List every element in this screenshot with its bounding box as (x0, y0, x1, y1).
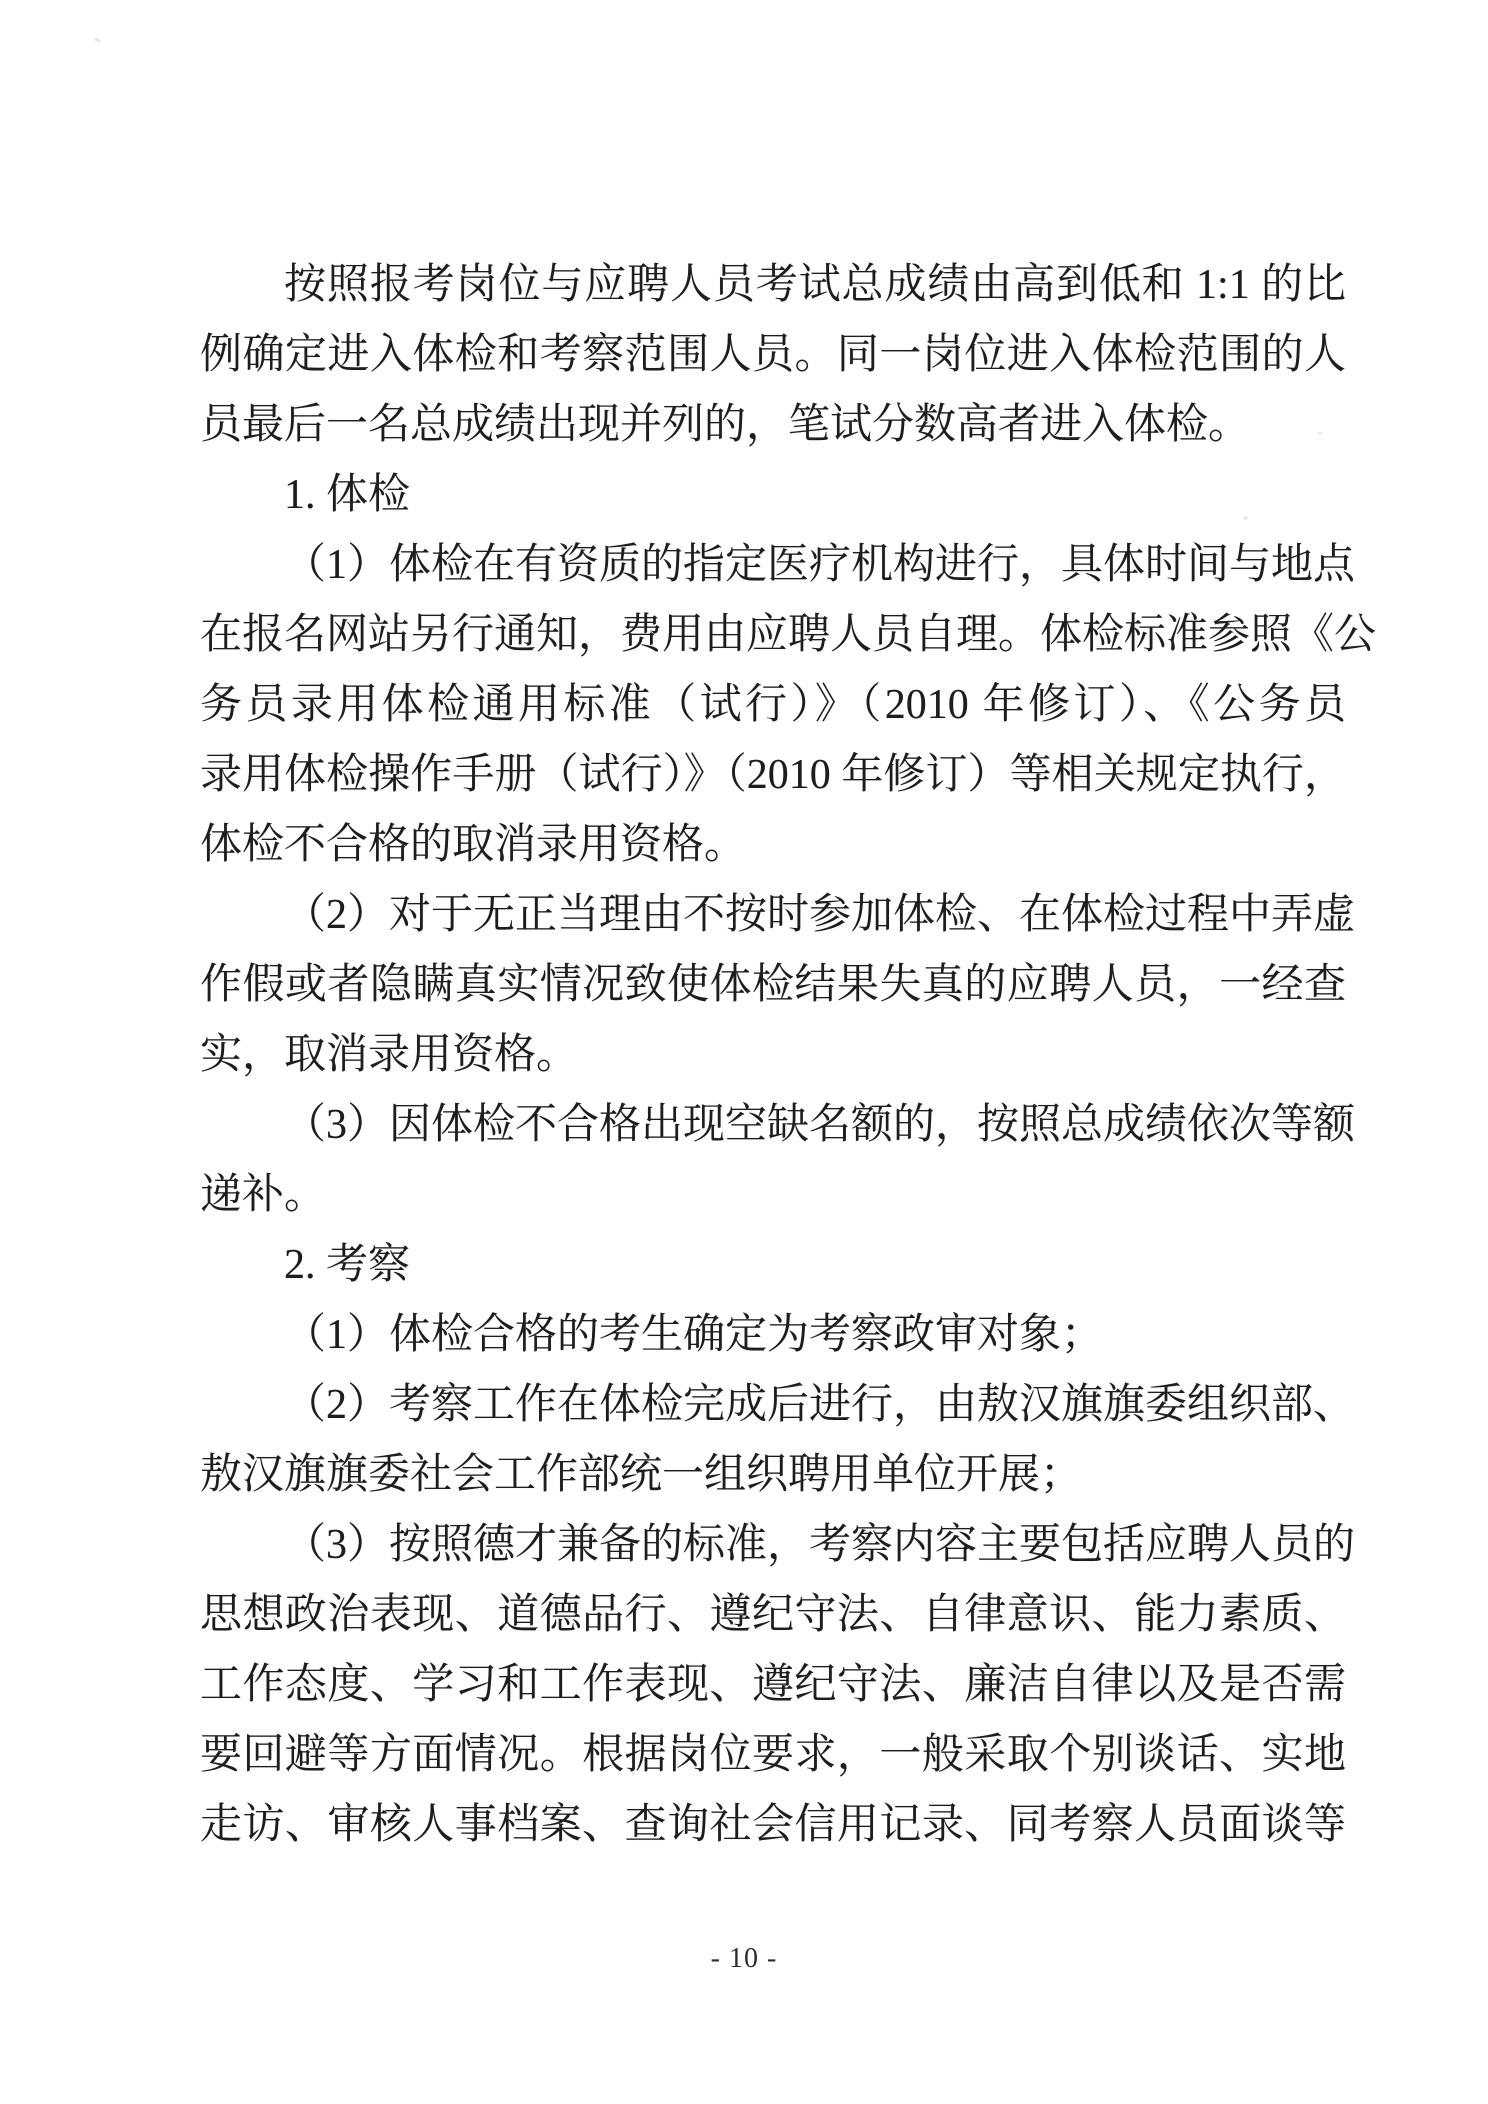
text-line: 在报名网站另行通知，费用由应聘人员自理。体检标准参照《公 (200, 600, 1346, 670)
body-text: 按照报考岗位与应聘人员考试总成绩由高到低和 1:1 的比 例确定进入体检和考察范… (200, 250, 1346, 1860)
page-number: - 10 - (0, 1942, 1488, 1976)
text-line: （1）体检在有资质的指定医疗机构进行，具体时间与地点 (200, 530, 1346, 600)
text-line: （2）对于无正当理由不按时参加体检、在体检过程中弄虚 (200, 880, 1346, 950)
text-line: （3）因体检不合格出现空缺名额的，按照总成绩依次等额 (200, 1090, 1346, 1160)
text-line: 递补。 (200, 1160, 1346, 1230)
scan-speck (1243, 516, 1248, 520)
section-heading: 1. 体检 (200, 460, 1346, 530)
text-line: 体检不合格的取消录用资格。 (200, 810, 1346, 880)
text-line: 例确定进入体检和考察范围人员。同一岗位进入体检范围的人 (200, 320, 1346, 390)
text-line: 要回避等方面情况。根据岗位要求，一般采取个别谈话、实地 (200, 1720, 1346, 1790)
text-line: （1）体检合格的考生确定为考察政审对象； (200, 1300, 1346, 1370)
text-line: 思想政治表现、道德品行、遵纪守法、自律意识、能力素质、 (200, 1580, 1346, 1650)
text-line: 录用体检操作手册（试行）》（2010 年修订）等相关规定执行， (200, 740, 1346, 810)
text-line: （2）考察工作在体检完成后进行，由敖汉旗旗委组织部、 (200, 1370, 1346, 1440)
scan-speck (94, 37, 102, 43)
text-line: 工作态度、学习和工作表现、遵纪守法、廉洁自律以及是否需 (200, 1650, 1346, 1720)
text-line: 员最后一名总成绩出现并列的，笔试分数高者进入体检。 (200, 390, 1346, 460)
text-line: 实，取消录用资格。 (200, 1020, 1346, 1090)
text-line: （3）按照德才兼备的标准，考察内容主要包括应聘人员的 (200, 1510, 1346, 1580)
text-line: 敖汉旗旗委社会工作部统一组织聘用单位开展； (200, 1440, 1346, 1510)
text-line: 走访、审核人事档案、查询社会信用记录、同考察人员面谈等 (200, 1790, 1346, 1860)
text-line: 务员录用体检通用标准（试行）》（2010 年修订）、《公务员 (200, 670, 1346, 740)
text-line: 作假或者隐瞒真实情况致使体检结果失真的应聘人员，一经查 (200, 950, 1346, 1020)
text-line: 按照报考岗位与应聘人员考试总成绩由高到低和 1:1 的比 (200, 250, 1346, 320)
scan-speck (1318, 432, 1322, 435)
document-page: 按照报考岗位与应聘人员考试总成绩由高到低和 1:1 的比 例确定进入体检和考察范… (0, 0, 1488, 2104)
section-heading: 2. 考察 (200, 1230, 1346, 1300)
